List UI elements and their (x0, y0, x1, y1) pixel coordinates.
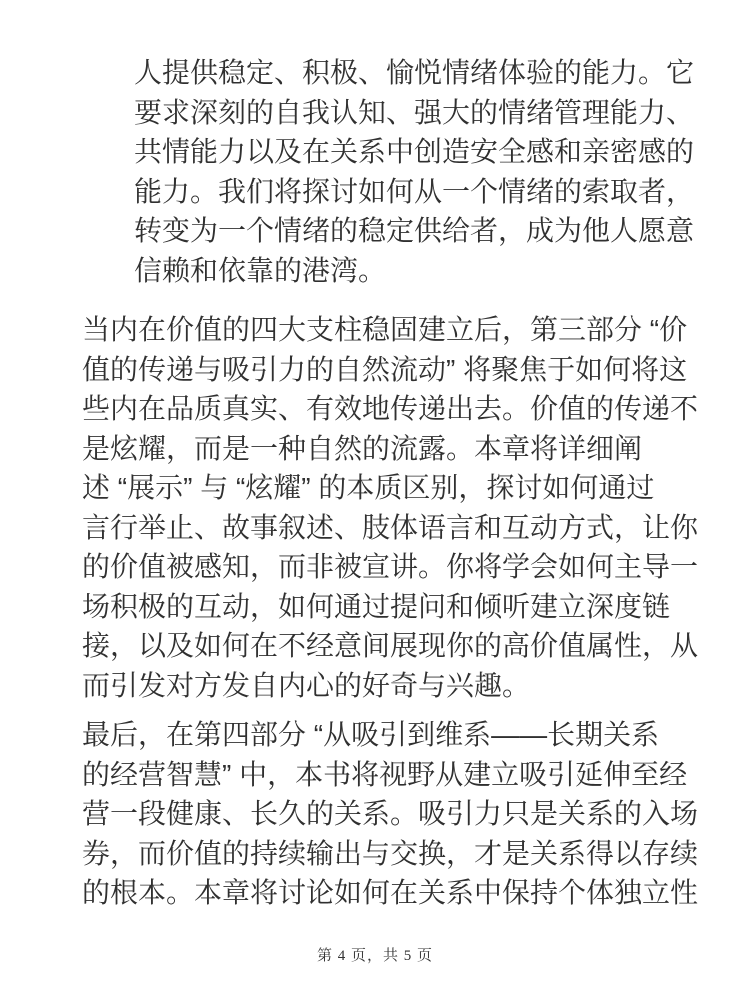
page-number-label: 第 4 页，共 5 页 (317, 948, 433, 964)
document-page: 人提供稳定、积极、愉悦情绪体验的能力。它要求深刻的自我认知、强大的情绪管理能力、… (0, 0, 750, 1000)
text-line: 要求深刻的自我认知、强大的情绪管理能力、 (134, 93, 678, 133)
text-line: 些内在品质真实、有效地传递出去。价值的传递不 (82, 389, 678, 429)
paragraph: 人提供稳定、积极、愉悦情绪体验的能力。它要求深刻的自我认知、强大的情绪管理能力、… (82, 53, 678, 290)
text-line: 共情能力以及在关系中创造安全感和亲密感的 (134, 132, 678, 172)
text-line: 是炫耀，而是一种自然的流露。本章将详细阐 (82, 429, 678, 469)
text-line: 转变为一个情绪的稳定供给者，成为他人愿意 (134, 211, 678, 251)
text-line: 人提供稳定、积极、愉悦情绪体验的能力。它 (134, 53, 678, 93)
text-line: 券，而价值的持续输出与交换，才是关系得以存续 (82, 834, 678, 874)
paragraph: 最后，在第四部分 “从吸引到维系——长期关系的经营智慧” 中，本书将视野从建立吸… (82, 715, 678, 913)
text-line: 值的传递与吸引力的自然流动” 将聚焦于如何将这 (82, 350, 678, 390)
text-line: 言行举止、故事叙述、肢体语言和互动方式，让你 (82, 508, 678, 548)
paragraph: 当内在价值的四大支柱稳固建立后，第三部分 “价值的传递与吸引力的自然流动” 将聚… (82, 310, 678, 705)
text-line: 最后，在第四部分 “从吸引到维系——长期关系 (82, 715, 678, 755)
text-line: 当内在价值的四大支柱稳固建立后，第三部分 “价 (82, 310, 678, 350)
document-body: 人提供稳定、积极、愉悦情绪体验的能力。它要求深刻的自我认知、强大的情绪管理能力、… (82, 53, 678, 913)
text-line: 信赖和依靠的港湾。 (134, 251, 678, 291)
text-line: 述 “展示” 与 “炫耀” 的本质区别，探讨如何通过 (82, 468, 678, 508)
text-line: 营一段健康、长久的关系。吸引力只是关系的入场 (82, 794, 678, 834)
text-line: 接，以及如何在不经意间展现你的高价值属性，从 (82, 626, 678, 666)
page-footer: 第 4 页，共 5 页 (0, 947, 750, 965)
text-line: 的根本。本章将讨论如何在关系中保持个体独立性 (82, 873, 678, 913)
text-line: 的经营智慧” 中，本书将视野从建立吸引延伸至经 (82, 755, 678, 795)
text-line: 场积极的互动，如何通过提问和倾听建立深度链 (82, 587, 678, 627)
text-line: 而引发对方发自内心的好奇与兴趣。 (82, 666, 678, 706)
text-line: 的价值被感知，而非被宣讲。你将学会如何主导一 (82, 547, 678, 587)
text-line: 能力。我们将探讨如何从一个情绪的索取者， (134, 172, 678, 212)
